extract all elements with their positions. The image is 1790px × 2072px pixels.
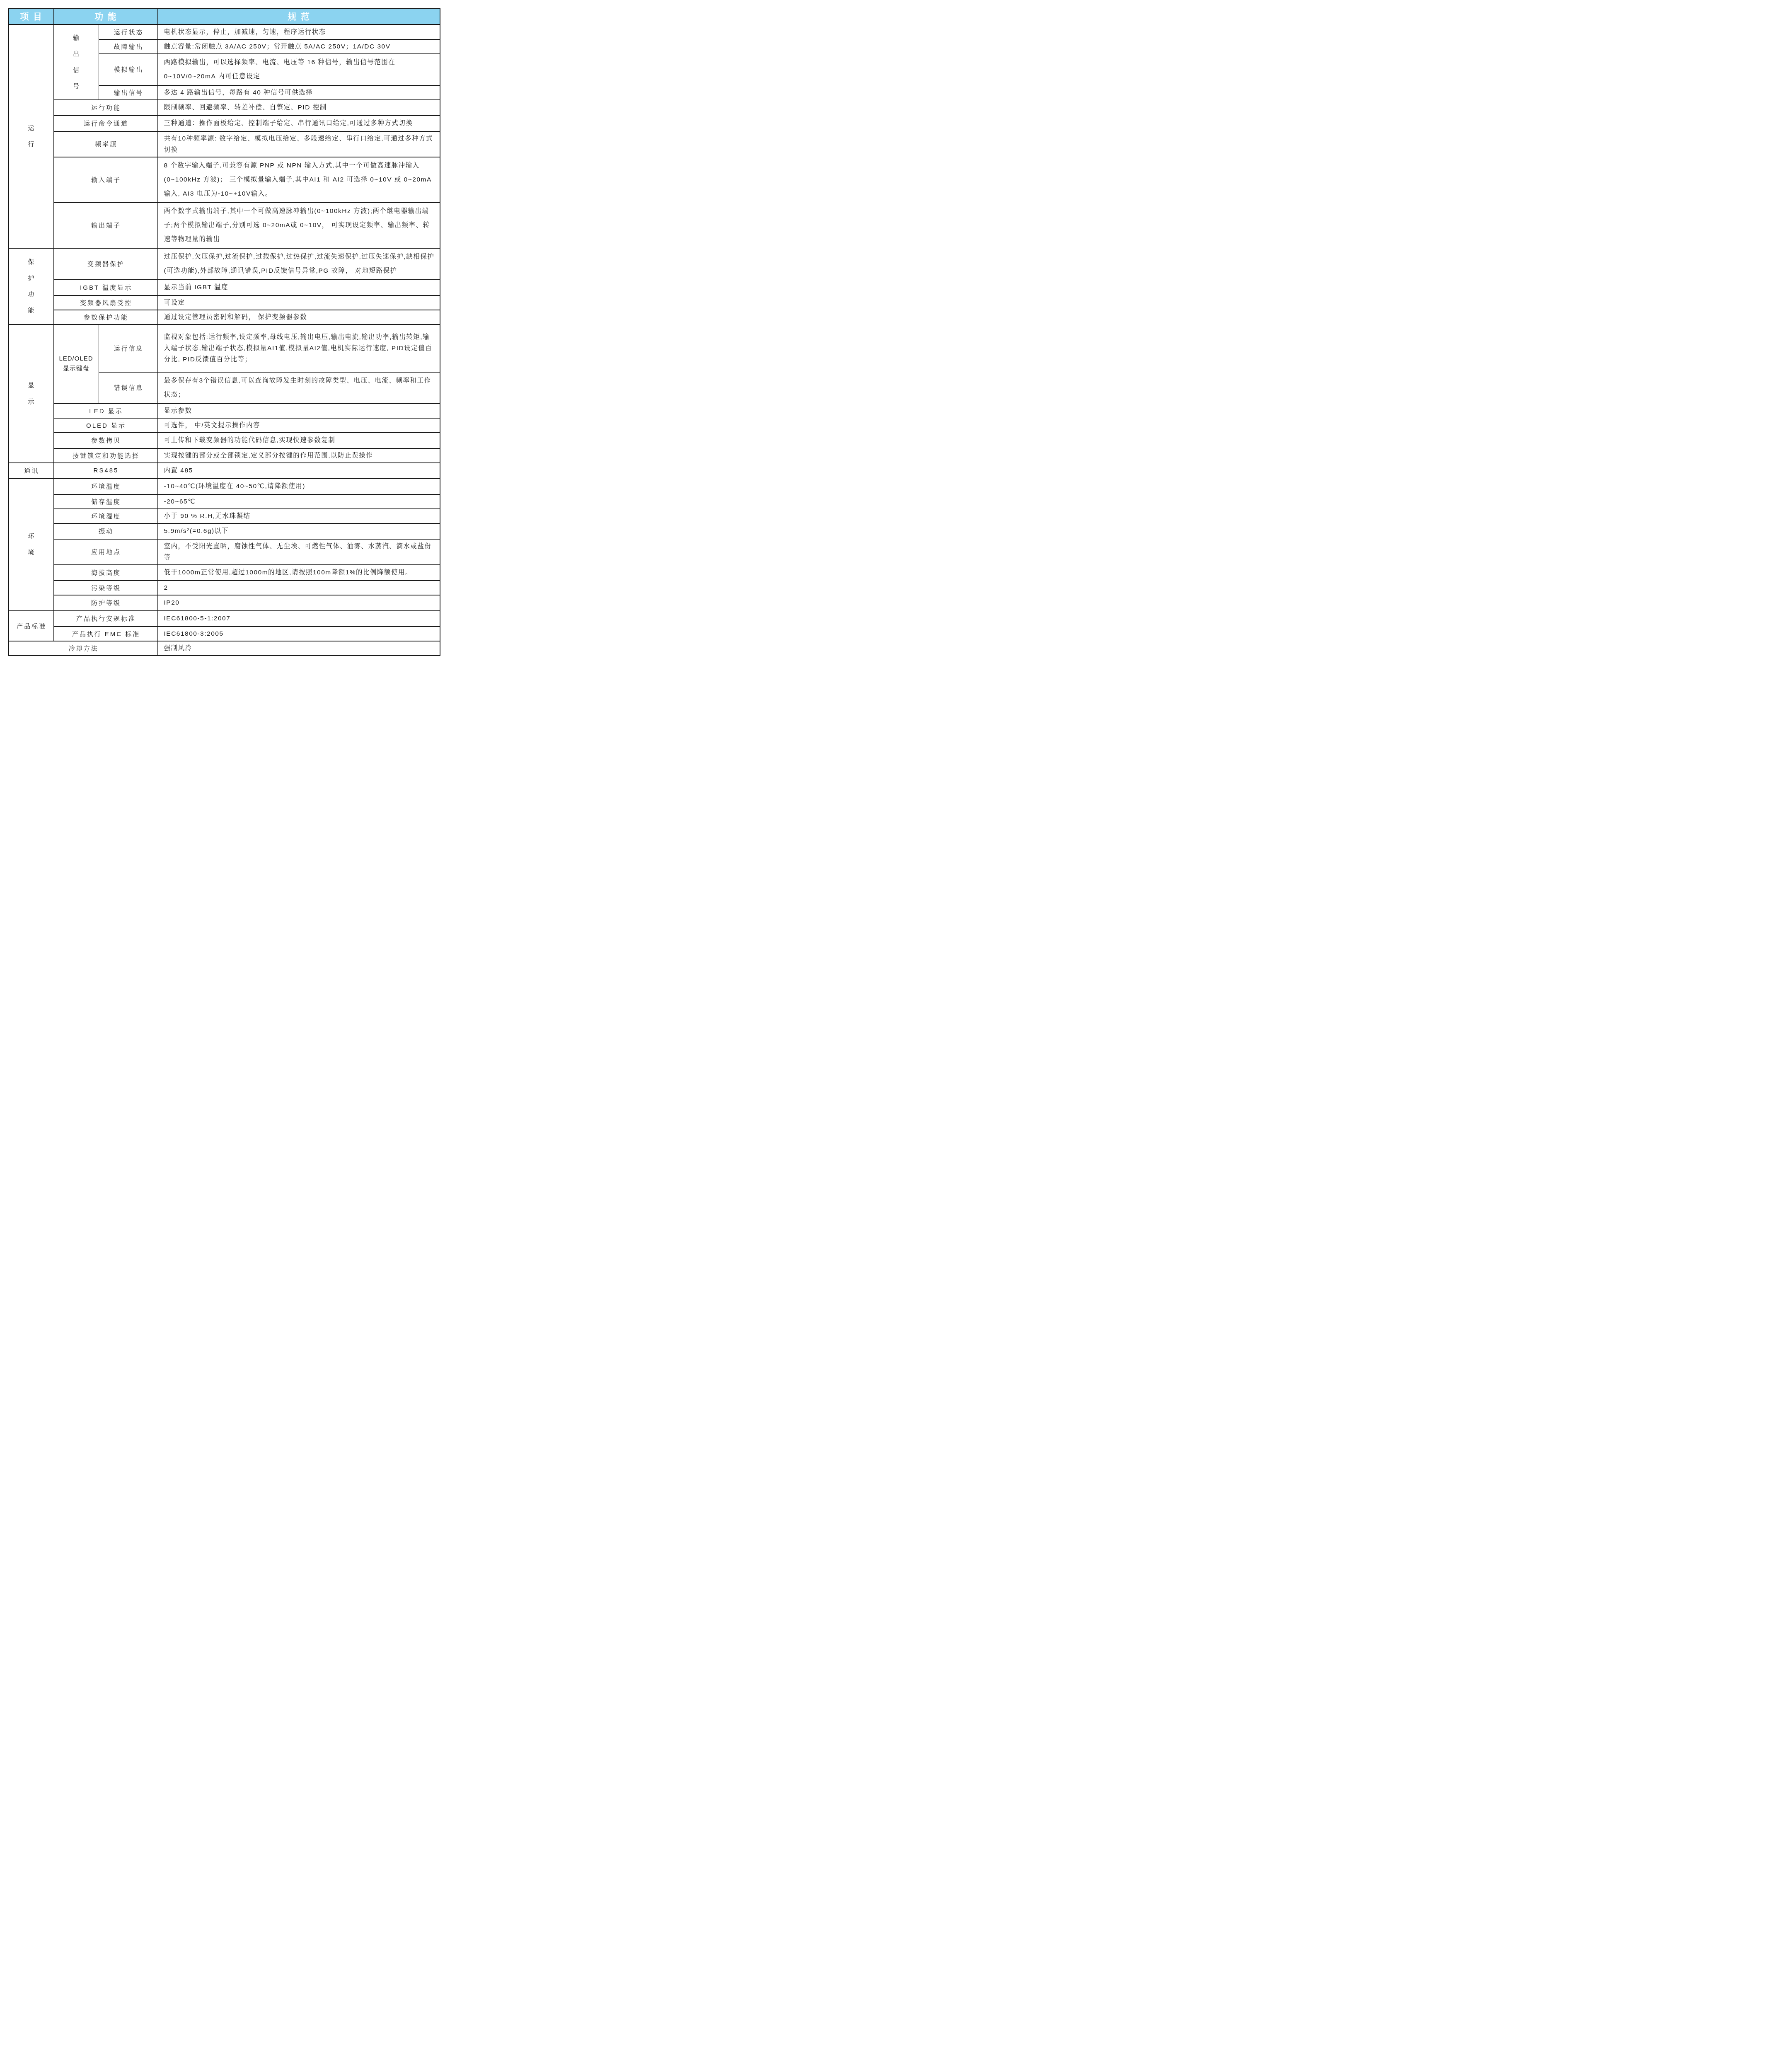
row-spec: 可上传和下载变频器的功能代码信息,实现快速参数复制: [157, 433, 440, 448]
header-cell-item: 项目: [8, 8, 53, 24]
row-label: 按键锁定和功能选择: [53, 448, 157, 463]
row-spec: 5.9m/s²(=0.6g)以下: [157, 523, 440, 539]
row-spec: 显示参数: [157, 404, 440, 418]
row-label: 振动: [53, 523, 157, 539]
subgroup-label-keypad: LED/OLED 显示键盘: [53, 324, 99, 404]
table-row: 输入端子 8 个数字输入端子,可兼容有源 PNP 或 NPN 输入方式,其中一个…: [8, 157, 440, 203]
row-label: 频率源: [53, 131, 157, 157]
table-row: LED 显示 显示参数: [8, 404, 440, 418]
table-row: 应用地点 室内，不受阳光直晒，腐蚀性气体、无尘埃、可燃性气体、油雾、水蒸汽、滴水…: [8, 539, 440, 565]
row-spec: 可选件， 中/英文提示操作内容: [157, 418, 440, 433]
subgroup-label-output-signal: 输出信号: [53, 24, 99, 100]
row-label: 错误信息: [99, 372, 157, 404]
row-spec: 实现按键的部分或全部锁定,定义部分按键的作用范围,以防止误操作: [157, 448, 440, 463]
row-label-cooling: 冷却方法: [8, 641, 157, 656]
table-row: 保护功能 变频器保护 过压保护,欠压保护,过流保护,过载保护,过热保护,过流失速…: [8, 248, 440, 280]
table-row: 参数拷贝 可上传和下载变频器的功能代码信息,实现快速参数复制: [8, 433, 440, 448]
row-spec: 通过设定管理员密码和解码， 保护变频器参数: [157, 310, 440, 324]
table-row: 运行功能 限制频率、回避频率、转差补偿、自整定、PID 控制: [8, 100, 440, 116]
row-label: 产品执行安规标准: [53, 611, 157, 627]
row-label: RS485: [53, 463, 157, 479]
row-label: 海拔高度: [53, 565, 157, 581]
row-label: IGBT 温度显示: [53, 280, 157, 295]
row-label: LED 显示: [53, 404, 157, 418]
row-label: 运行命令通道: [53, 116, 157, 131]
row-label: 产品执行 EMC 标准: [53, 627, 157, 641]
row-label: 运行功能: [53, 100, 157, 116]
table-row: 按键锁定和功能选择 实现按键的部分或全部锁定,定义部分按键的作用范围,以防止误操…: [8, 448, 440, 463]
row-label: 输入端子: [53, 157, 157, 203]
table-row: 防护等级 IP20: [8, 595, 440, 611]
row-spec: 过压保护,欠压保护,过流保护,过载保护,过热保护,过流失速保护,过压失速保护,缺…: [157, 248, 440, 280]
row-label: 污染等级: [53, 581, 157, 595]
row-label: OLED 显示: [53, 418, 157, 433]
row-spec: IEC61800-5-1:2007: [157, 611, 440, 627]
row-label: 变频器风扇受控: [53, 295, 157, 310]
row-spec: 监视对象包括:运行频率,设定频率,母线电压,输出电压,输出电流,输出功率,输出转…: [157, 324, 440, 372]
spec-table: 项目 功能 规范 运行 输出信号 运行状态 电机状态显示，停止，加减速，匀速，程…: [8, 8, 440, 656]
table-row: 运行 输出信号 运行状态 电机状态显示，停止，加减速，匀速，程序运行状态: [8, 24, 440, 39]
row-spec: 内置 485: [157, 463, 440, 479]
row-spec: 两路模拟输出，可以选择频率、电流、电压等 16 种信号，输出信号范围在 0~10…: [157, 54, 440, 85]
row-spec: 多达 4 路输出信号，每路有 40 种信号可供选择: [157, 85, 440, 100]
row-spec: 限制频率、回避频率、转差补偿、自整定、PID 控制: [157, 100, 440, 116]
table-row: 参数保护功能 通过设定管理员密码和解码， 保护变频器参数: [8, 310, 440, 324]
group-label-comm: 通讯: [8, 463, 53, 479]
row-spec: 共有10种频率源: 数字给定、模拟电压给定、多段速给定、串行口给定,可通过多种方…: [157, 131, 440, 157]
row-spec: 显示当前 IGBT 温度: [157, 280, 440, 295]
header-row: 项目 功能 规范: [8, 8, 440, 24]
table-row: 产品执行 EMC 标准 IEC61800-3:2005: [8, 627, 440, 641]
table-row: 频率源 共有10种频率源: 数字给定、模拟电压给定、多段速给定、串行口给定,可通…: [8, 131, 440, 157]
row-spec: -20~65℃: [157, 494, 440, 509]
row-label: 故障输出: [99, 39, 157, 54]
row-label: 环境湿度: [53, 509, 157, 523]
table-row: IGBT 温度显示 显示当前 IGBT 温度: [8, 280, 440, 295]
row-spec: IP20: [157, 595, 440, 611]
group-label-standards: 产品标准: [8, 611, 53, 641]
row-label: 运行信息: [99, 324, 157, 372]
table-row: 运行命令通道 三种通道：操作面板给定、控制端子给定、串行通讯口给定,可通过多种方…: [8, 116, 440, 131]
table-row: 海拔高度 低于1000m正常使用,超过1000m的地区,请按照100m降额1%的…: [8, 565, 440, 581]
table-row: 显示 LED/OLED 显示键盘 运行信息 监视对象包括:运行频率,设定频率,母…: [8, 324, 440, 372]
row-spec: 强制风冷: [157, 641, 440, 656]
row-spec: 室内，不受阳光直晒，腐蚀性气体、无尘埃、可燃性气体、油雾、水蒸汽、滴水或盐份等: [157, 539, 440, 565]
table-row: 输出端子 两个数字式输出端子,其中一个可做高速脉冲输出(0~100kHz 方波)…: [8, 203, 440, 248]
table-row: OLED 显示 可选件， 中/英文提示操作内容: [8, 418, 440, 433]
keypad-label-line1: LED/OLED: [54, 354, 99, 364]
row-spec: IEC61800-3:2005: [157, 627, 440, 641]
table-row: 储存温度 -20~65℃: [8, 494, 440, 509]
group-label-environment: 环境: [8, 479, 53, 611]
row-spec: 可设定: [157, 295, 440, 310]
table-row: 冷却方法 强制风冷: [8, 641, 440, 656]
row-label: 输出信号: [99, 85, 157, 100]
row-label: 储存温度: [53, 494, 157, 509]
spec-sheet-page: 项目 功能 规范 运行 输出信号 运行状态 电机状态显示，停止，加减速，匀速，程…: [0, 0, 447, 664]
header-cell-function: 功能: [53, 8, 157, 24]
row-label: 变频器保护: [53, 248, 157, 280]
group-label-protection: 保护功能: [8, 248, 53, 324]
row-label: 输出端子: [53, 203, 157, 248]
row-spec: 两个数字式输出端子,其中一个可做高速脉冲输出(0~100kHz 方波);两个继电…: [157, 203, 440, 248]
row-label: 参数拷贝: [53, 433, 157, 448]
table-row: 振动 5.9m/s²(=0.6g)以下: [8, 523, 440, 539]
row-label: 运行状态: [99, 24, 157, 39]
row-label: 环境温度: [53, 479, 157, 494]
keypad-label-line2: 显示键盘: [54, 364, 99, 374]
table-row: 变频器风扇受控 可设定: [8, 295, 440, 310]
table-row: 环境湿度 小于 90 % R.H,无水珠凝结: [8, 509, 440, 523]
row-spec: 8 个数字输入端子,可兼容有源 PNP 或 NPN 输入方式,其中一个可做高速脉…: [157, 157, 440, 203]
group-label-display: 显示: [8, 324, 53, 463]
row-spec: 电机状态显示，停止，加减速，匀速，程序运行状态: [157, 24, 440, 39]
row-spec: 最多保存有3个错误信息,可以查询故障发生时刻的故障类型、电压、电流、频率和工作状…: [157, 372, 440, 404]
row-label: 参数保护功能: [53, 310, 157, 324]
row-label: 模拟输出: [99, 54, 157, 85]
row-spec: 小于 90 % R.H,无水珠凝结: [157, 509, 440, 523]
table-row: 污染等级 2: [8, 581, 440, 595]
row-spec: 2: [157, 581, 440, 595]
table-row: 产品标准 产品执行安规标准 IEC61800-5-1:2007: [8, 611, 440, 627]
row-label: 防护等级: [53, 595, 157, 611]
row-spec: 三种通道：操作面板给定、控制端子给定、串行通讯口给定,可通过多种方式切换: [157, 116, 440, 131]
row-spec: 低于1000m正常使用,超过1000m的地区,请按照100m降额1%的比例降额使…: [157, 565, 440, 581]
table-row: 通讯 RS485 内置 485: [8, 463, 440, 479]
row-spec: 触点容量:常闭触点 3A/AC 250V；常开触点 5A/AC 250V；1A/…: [157, 39, 440, 54]
header-cell-spec: 规范: [157, 8, 440, 24]
group-label-run: 运行: [8, 24, 53, 248]
row-label: 应用地点: [53, 539, 157, 565]
table-row: 环境 环境温度 -10~40℃(环境温度在 40~50℃,请降额使用): [8, 479, 440, 494]
row-spec: -10~40℃(环境温度在 40~50℃,请降额使用): [157, 479, 440, 494]
